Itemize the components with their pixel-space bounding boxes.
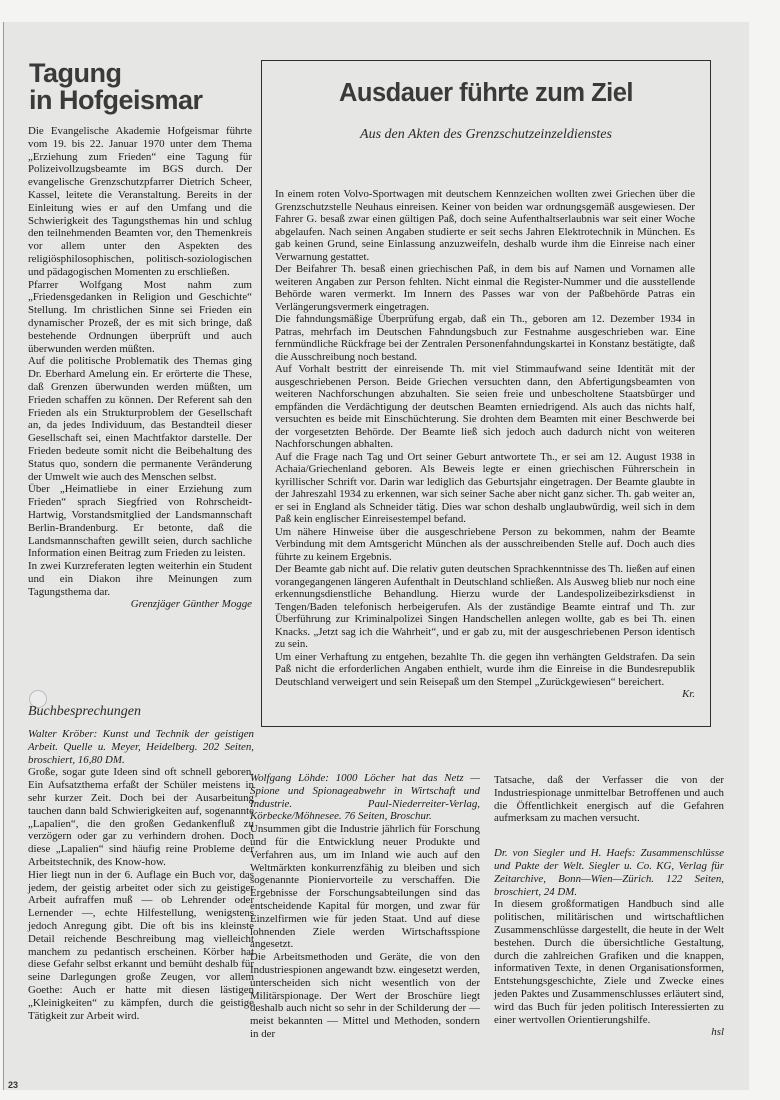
author-signature: hsl <box>494 1026 724 1039</box>
paragraph: In diesem großformatigen Handbuch sind a… <box>494 898 724 1026</box>
review-citation: Wolfgang Löhde: 1000 Löcher hat das Netz… <box>250 772 480 823</box>
boxed-article-body: In einem roten Volvo-Sportwagen mit deut… <box>275 188 695 701</box>
paragraph: Um einer Verhaftung zu entgehen, bezahlt… <box>275 651 695 689</box>
magazine-page: Tagung in Hofgeismar Die Evangelische Ak… <box>3 22 749 1090</box>
paragraph: Die Evangelische Akademie Hofgeismar füh… <box>28 125 252 279</box>
paragraph: Der Beifahrer Th. besaß einen griechisch… <box>275 263 695 313</box>
title-line-1: Tagung <box>29 60 259 87</box>
paragraph: In einem roten Volvo-Sportwagen mit deut… <box>275 188 695 263</box>
title-line-2: in Hofgeismar <box>29 87 259 114</box>
left-article-title: Tagung in Hofgeismar <box>29 60 259 114</box>
paragraph: Auf die politische Problematik des Thema… <box>28 355 252 483</box>
paragraph: Auf die Frage nach Tag und Ort seiner Ge… <box>275 451 695 526</box>
left-article-body: Die Evangelische Akademie Hofgeismar füh… <box>28 125 252 611</box>
review-citation: Dr. von Siegler und H. Haefs: Zusammensc… <box>494 847 724 898</box>
paragraph: Der Beamte gab nicht auf. Die relativ gu… <box>275 563 695 651</box>
paragraph: Über „Heimatliebe in einer Erziehung zum… <box>28 483 252 560</box>
paragraph: Unsummen gibt die Industrie jährlich für… <box>250 823 480 951</box>
review-2: Wolfgang Löhde: 1000 Löcher hat das Netz… <box>250 772 480 1041</box>
paragraph: Pfarrer Wolfgang Most nahm zum „Friedens… <box>28 279 252 356</box>
paragraph: In zwei Kurzreferaten legten weiterhin e… <box>28 560 252 598</box>
paragraph: Große, sogar gute Ideen sind oft schnell… <box>28 766 254 868</box>
author-signature: Kr. <box>275 688 695 701</box>
boxed-article-title: Ausdauer führte zum Ziel <box>262 81 710 107</box>
author-signature: Grenzjäger Günther Mogge <box>28 598 252 611</box>
review-3-column: Tatsache, daß der Verfasser die von der … <box>494 774 724 1039</box>
boxed-article: Ausdauer führte zum Ziel Aus den Akten d… <box>261 60 711 727</box>
paragraph: Um nähere Hinweise über die ausgeschrieb… <box>275 526 695 564</box>
paragraph: Auf Vorhalt bestritt der einreisende Th.… <box>275 363 695 451</box>
paragraph: Die Arbeitsmethoden und Geräte, die von … <box>250 951 480 1041</box>
review-2-continuation: Tatsache, daß der Verfasser die von der … <box>494 774 724 825</box>
paragraph: Hier liegt nun in der 6. Auflage ein Buc… <box>28 869 254 1023</box>
page-number: 23 <box>8 1080 18 1090</box>
review-1: Walter Kröber: Kunst und Technik der gei… <box>28 728 254 1022</box>
paragraph: Die fahndungsmäßige Überprüfung ergab, d… <box>275 313 695 363</box>
review-3: Dr. von Siegler und H. Haefs: Zusammensc… <box>494 847 724 1039</box>
review-citation: Walter Kröber: Kunst und Technik der gei… <box>28 728 254 766</box>
boxed-article-subtitle: Aus den Akten des Grenzschutzeinzeldiens… <box>262 127 710 143</box>
section-heading-book-reviews: Buchbesprechungen <box>28 704 141 720</box>
